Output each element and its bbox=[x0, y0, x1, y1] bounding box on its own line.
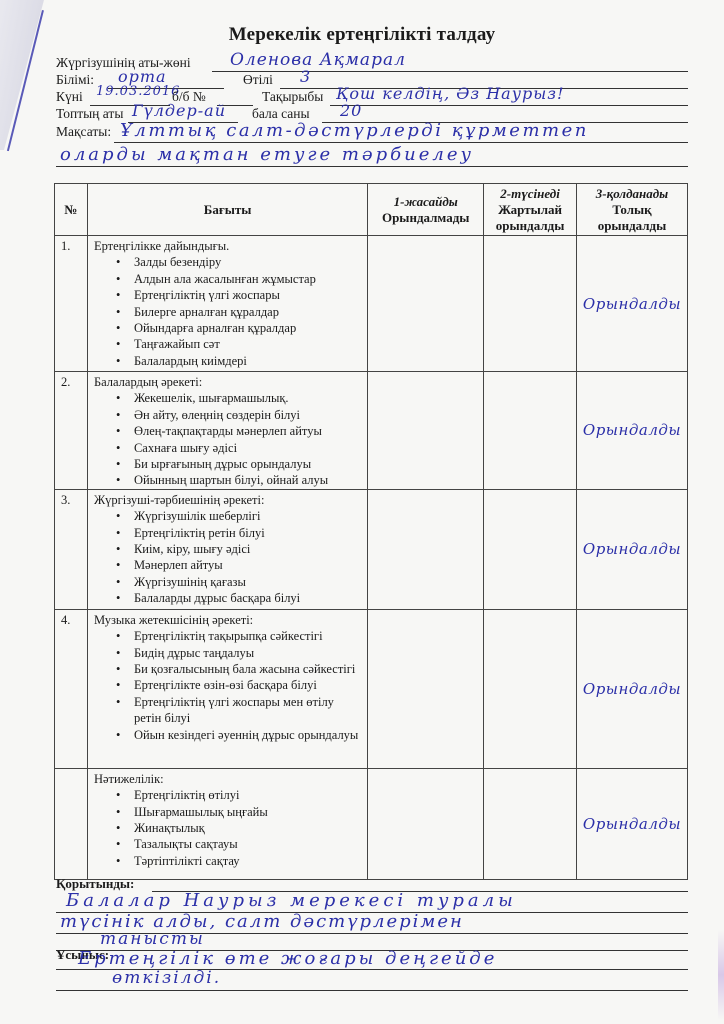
row-title: Ертеңгілікке дайындығы. bbox=[94, 238, 359, 254]
criterion-item: Ертеңгіліктің тақырыпқа сәйкестігі bbox=[118, 628, 359, 644]
table-header-row: № Бағыты 1-жасайдыОрындалмады 2-түсінеді… bbox=[55, 184, 688, 236]
header-col2: 2-түсінедіЖартылай орындалды bbox=[484, 184, 577, 236]
suggestion-line1[interactable]: Ертеңгілік өте жоғары деңгейде bbox=[78, 948, 497, 969]
criterion-item: Ойын кезіндегі әуеннің дұрыс орындалуы bbox=[118, 727, 359, 743]
education-label: Білімі: bbox=[56, 72, 94, 88]
criterion-item: Ертеңгілікте өзін-өзі басқара білуі bbox=[118, 677, 359, 693]
row-number bbox=[55, 768, 88, 879]
criterion-item: Ойынның шартын білуі, ойнай алуы bbox=[118, 472, 359, 488]
page-title: Мерекелік ертеңгілікті талдау bbox=[0, 24, 724, 46]
teacher-underline bbox=[212, 71, 688, 72]
row-title: Нәтижелілік: bbox=[94, 771, 359, 787]
criterion-item: Би қозғалысының бала жасына сәйкестігі bbox=[118, 661, 359, 677]
criterion-item: Шығармашылық ыңғайы bbox=[118, 804, 359, 820]
criterion-item: Би ырғағының дұрыс орындалуы bbox=[118, 456, 359, 472]
row-number: 2. bbox=[55, 372, 88, 490]
row-direction: Ертеңгілікке дайындығы.Залды безендіруАл… bbox=[87, 236, 367, 372]
criterion-item: Ойындарға арналған құралдар bbox=[118, 320, 359, 336]
rating-cell-col3[interactable]: Орындалды bbox=[577, 372, 688, 490]
table-row: 4.Музыка жетекшісінің әрекеті:Ертеңгілік… bbox=[55, 609, 688, 768]
date-label: Күні bbox=[56, 89, 83, 105]
experience-field[interactable]: 3 bbox=[300, 67, 311, 86]
criterion-item: Ертеңгіліктің үлгі жоспары мен өтілу рет… bbox=[118, 694, 359, 727]
row-direction: Музыка жетекшісінің әрекеті:Ертеңгілікті… bbox=[87, 609, 367, 768]
criterion-item: Тәртіптілікті сақтау bbox=[118, 853, 359, 869]
rating-cell-col2[interactable] bbox=[484, 768, 577, 879]
criterion-item: Залды безендіру bbox=[118, 254, 359, 270]
criterion-item: Таңғажайып сәт bbox=[118, 336, 359, 352]
criterion-item: Мәнерлеп айтуы bbox=[118, 557, 359, 573]
group-label: Топтың аты bbox=[56, 106, 123, 122]
header-col3: 3-қолданадыТолық орындалды bbox=[577, 184, 688, 236]
table-row: 1.Ертеңгілікке дайындығы.Залды безендіру… bbox=[55, 236, 688, 372]
row-title: Жүргізуші-тәрбиешінің әрекеті: bbox=[94, 492, 359, 508]
goal-underline-1 bbox=[114, 142, 688, 143]
goal-label: Мақсаты: bbox=[56, 124, 111, 140]
topic-underline bbox=[330, 105, 688, 106]
criterion-item: Алдын ала жасалынған жұмыстар bbox=[118, 271, 359, 287]
criterion-item: Ертеңгіліктің өтілуі bbox=[118, 787, 359, 803]
rating-cell-col2[interactable] bbox=[484, 489, 577, 609]
rating-cell-col2[interactable] bbox=[484, 609, 577, 768]
children-field[interactable]: 20 bbox=[340, 101, 362, 120]
conclusion-line1[interactable]: Балалар Наурыз мерекесі туралы bbox=[66, 890, 517, 911]
criterion-item: Киім, кіру, шығу әдісі bbox=[118, 541, 359, 557]
rating-cell-col2[interactable] bbox=[484, 236, 577, 372]
criterion-item: Жекешелік, шығармашылық. bbox=[118, 390, 359, 406]
criterion-item: Ертеңгіліктің үлгі жоспары bbox=[118, 287, 359, 303]
teacher-field[interactable]: Оленова Ақмарал bbox=[230, 50, 406, 70]
suggestion-underline-2 bbox=[56, 990, 688, 991]
criterion-item: Ертеңгіліктің ретін білуі bbox=[118, 525, 359, 541]
suggestion-line2[interactable]: өткізілді. bbox=[112, 968, 221, 988]
topic-label: Тақырыбы bbox=[262, 89, 323, 105]
row-number: 4. bbox=[55, 609, 88, 768]
header-direction: Бағыты bbox=[87, 184, 367, 236]
conclusion-line3[interactable]: танысты bbox=[100, 929, 205, 949]
criterion-item: Балаларды дұрыс басқара білуі bbox=[118, 590, 359, 606]
criterion-item: Сахнаға шығу әдісі bbox=[118, 440, 359, 456]
experience-label: Өтілі bbox=[243, 72, 273, 88]
criterion-item: Балалардың киімдері bbox=[118, 353, 359, 369]
rating-cell-col3[interactable]: Орындалды bbox=[577, 768, 688, 879]
criterion-item: Жүргізушілік шеберлігі bbox=[118, 508, 359, 524]
rating-cell-col1[interactable] bbox=[368, 489, 484, 609]
stamp-edge bbox=[718, 930, 724, 1020]
rating-cell-col1[interactable] bbox=[368, 609, 484, 768]
topic-field[interactable]: Қош келдің, Әз Наурыз! bbox=[336, 84, 564, 103]
table-row: Нәтижелілік:Ертеңгіліктің өтілуіШығармаш… bbox=[55, 768, 688, 879]
row-title: Музыка жетекшісінің әрекеті: bbox=[94, 612, 359, 628]
rating-cell-col3[interactable]: Орындалды bbox=[577, 236, 688, 372]
criterion-item: Жинақтылық bbox=[118, 820, 359, 836]
criterion-item: Бидің дұрыс таңдалуы bbox=[118, 645, 359, 661]
row-number: 1. bbox=[55, 236, 88, 372]
rating-cell-col3[interactable]: Орындалды bbox=[577, 489, 688, 609]
goal-field-line1[interactable]: Ұлттық салт-дәстүрлерді құрметтеп bbox=[120, 120, 589, 141]
row-number: 3. bbox=[55, 489, 88, 609]
header-col1: 1-жасайдыОрындалмады bbox=[368, 184, 484, 236]
rating-cell-col1[interactable] bbox=[368, 768, 484, 879]
rating-cell-col1[interactable] bbox=[368, 372, 484, 490]
rating-cell-col3[interactable]: Орындалды bbox=[577, 609, 688, 768]
criterion-item: Жүргізушінің қағазы bbox=[118, 574, 359, 590]
criterion-item: Ән айту, өлеңнің сөздерін білуі bbox=[118, 407, 359, 423]
goal-underline-2 bbox=[56, 166, 688, 167]
table-row: 3.Жүргізуші-тәрбиешінің әрекеті:Жүргізуш… bbox=[55, 489, 688, 609]
date-field[interactable]: 19.03.2016 bbox=[96, 84, 180, 99]
rating-cell-col1[interactable] bbox=[368, 236, 484, 372]
row-direction: Нәтижелілік:Ертеңгіліктің өтілуіШығармаш… bbox=[87, 768, 367, 879]
evaluation-table: № Бағыты 1-жасайдыОрындалмады 2-түсінеді… bbox=[54, 183, 688, 880]
criterion-item: Билерге арналған құралдар bbox=[118, 304, 359, 320]
table-row: 2.Балалардың әрекеті:Жекешелік, шығармаш… bbox=[55, 372, 688, 490]
page-curl-shadow bbox=[0, 0, 44, 150]
criterion-item: Өлең-тақпақтарды мәнерлеп айтуы bbox=[118, 423, 359, 439]
group-field[interactable]: Гүлдер-ай bbox=[132, 101, 226, 120]
row-title: Балалардың әрекеті: bbox=[94, 374, 359, 390]
row-direction: Балалардың әрекеті:Жекешелік, шығармашыл… bbox=[87, 372, 367, 490]
criterion-item: Тазалықты сақтауы bbox=[118, 836, 359, 852]
row-direction: Жүргізуші-тәрбиешінің әрекеті:Жүргізушіл… bbox=[87, 489, 367, 609]
header-num: № bbox=[55, 184, 88, 236]
goal-field-line2[interactable]: оларды мақтан етуге тәрбиелеу bbox=[60, 144, 474, 165]
rating-cell-col2[interactable] bbox=[484, 372, 577, 490]
